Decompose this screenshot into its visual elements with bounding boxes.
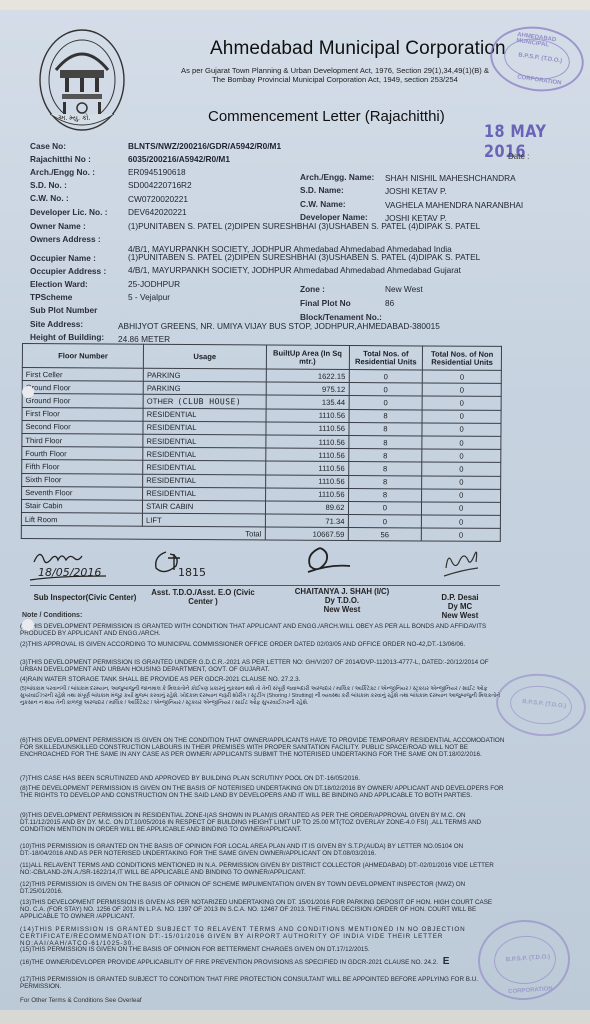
sub-inspector-label: Sub Inspector(Civic Center): [30, 593, 140, 602]
dy-tdo-block: CHAITANYA J. SHAH (I/C) Dy T.D.O. New We…: [272, 587, 412, 614]
area-cell: 975.12: [266, 382, 349, 396]
total-label: Total: [21, 526, 265, 541]
residential-units-cell: 0: [349, 383, 423, 397]
usage-cell: RESIDENTIAL: [143, 408, 265, 422]
corporation-seal-stamp-2: B.P.S.P. (T.D.O.): [493, 669, 589, 740]
note-13: (13)THIS DEVELOPMENT PERMISSION IS GIVEN…: [20, 899, 505, 921]
area-cell: 1110.56: [265, 448, 348, 462]
area-cell: 1110.56: [265, 435, 348, 449]
floor-area-table: Floor Number Usage BuiltUp Area (In Sq m…: [21, 343, 502, 542]
floor-cell: First Celler: [22, 368, 143, 382]
date-label: Date :: [508, 152, 529, 161]
usage-cell: PARKING: [143, 368, 265, 382]
floor-cell: Fifth Floor: [22, 460, 143, 474]
sub-inspector-signature: 18/05/2016: [26, 546, 121, 584]
table-header-row: Floor Number Usage BuiltUp Area (In Sq m…: [22, 344, 501, 371]
occupier-address: 4/B/1, MAYURPANKH SOCIETY, JODHPUR Ahmed…: [128, 265, 461, 275]
usage-cell: OTHER(CLUB HOUSE): [143, 395, 265, 409]
document-page: અ. મ્યુ. કો. Ahmedabad Municipal Corpora…: [0, 0, 590, 1024]
note-2: (2)THIS APPROVAL IS GIVEN ACCORDING TO M…: [20, 641, 505, 648]
notes-title: Note / Conditions:: [22, 612, 82, 619]
usage-cell: RESIDENTIAL: [143, 474, 265, 488]
usage-cell: RESIDENTIAL: [143, 461, 265, 475]
note-6: (6)THIS DEVELOPMENT PERMISSION IS GIVEN …: [20, 737, 505, 759]
usage-cell: RESIDENTIAL: [143, 447, 265, 461]
note-8: (8)THE DEVELOPMENT PERMISSION IS GIVEN O…: [20, 785, 505, 799]
non-residential-units-cell: 0: [423, 383, 502, 397]
note-15: (15)THIS PERMISSION IS GIVEN ON THE BASI…: [20, 946, 505, 953]
area-cell: 1110.56: [266, 409, 349, 423]
letter-title: Commencement Letter (Rajachitthi): [208, 108, 445, 125]
floor-cell: Seventh Floor: [22, 486, 143, 500]
floor-cell: Third Floor: [22, 433, 143, 447]
usage-cell: LIFT: [143, 513, 265, 527]
zone: New West: [385, 284, 423, 294]
hole-punch-mark-2: [22, 619, 34, 631]
residential-units-cell: 0: [348, 515, 422, 529]
residential-units-cell: 8: [348, 435, 422, 449]
height-of-building: 24.86 METER: [118, 334, 170, 344]
final-plot-no: 86: [385, 298, 394, 308]
usage-cell: RESIDENTIAL: [143, 421, 265, 435]
note-14: (14)THIS PERMISSION IS GRANTED SUBJECT T…: [20, 926, 505, 948]
non-residential-units-cell: 0: [422, 515, 501, 529]
note-16: (16)THE OWNER/DEVLOPER PROVIDE APPLICABI…: [20, 958, 505, 966]
hole-punch-mark: [22, 386, 34, 398]
sd-no: SD004220716R2: [128, 180, 192, 190]
occupier-name: (1)PUNITABEN S. PATEL (2)DIPEN SURESHBHA…: [128, 252, 480, 262]
col-builtup-area: BuiltUp Area (In Sq mtr.): [266, 345, 349, 370]
non-residential-units-cell: 0: [422, 423, 501, 437]
svg-text:1815: 1815: [178, 566, 206, 579]
note-12: (12)THIS PERMISSION IS GIVEN ON THE BASI…: [20, 881, 505, 895]
residential-units-cell: 8: [349, 409, 423, 423]
note-7: (7)THIS CASE HAS BEEN SCRUTINIZED AND AP…: [20, 775, 505, 782]
area-cell: 71.34: [265, 514, 348, 528]
developer-lic-no: DEV642020221: [128, 207, 187, 217]
note-9: (9)THIS DEVELOPMENT PERMISSION IN RESIDE…: [20, 812, 505, 834]
emblem-caption: અ. મ્યુ. કો.: [58, 115, 91, 123]
area-cell: 135.44: [266, 395, 349, 409]
note-1: (1)THIS DEVELOPMENT PERMISSION IS GRANTE…: [20, 623, 505, 637]
non-residential-units-cell: 0: [422, 462, 501, 476]
non-residential-units-cell: 0: [422, 449, 501, 463]
floor-cell: Lift Room: [21, 513, 142, 527]
site-address: ABHIJYOT GREENS, NR. UMIYA VIJAY BUS STO…: [118, 321, 440, 331]
usage-cell: RESIDENTIAL: [143, 434, 265, 448]
scan-edge-top: [0, 0, 590, 10]
organization-name: Ahmedabad Municipal Corporation: [210, 38, 506, 60]
residential-units-cell: 8: [348, 488, 422, 502]
note-4: (4)RAIN WATER STORAGE TANK SHALL BE PROV…: [20, 676, 505, 683]
arch-engg-name: SHAH NISHIL MAHESHCHANDRA: [385, 173, 516, 183]
overleaf-note: For Other Terms & Conditions See Overlea…: [20, 997, 142, 1004]
non-residential-units-cell: 0: [422, 502, 501, 516]
table-total-row: Total 10667.59 56 0: [21, 526, 500, 542]
residential-units-cell: 8: [348, 462, 422, 476]
floor-cell: Ground Floor: [22, 381, 143, 395]
dymc-block: D.P. Desai Dy MC New West: [410, 593, 510, 620]
area-cell: 1110.56: [265, 488, 348, 502]
residential-units-cell: 0: [348, 501, 422, 515]
note-10: (10)THIS PERMISSION IS GRANTED ON THE BA…: [20, 843, 505, 857]
rajachitthi-no: 6035/200216/A5942/R0/M1: [128, 154, 230, 164]
non-residential-units-cell: 0: [422, 410, 501, 424]
non-residential-units-cell: 0: [423, 370, 502, 384]
floor-cell: Sixth Floor: [22, 473, 143, 487]
area-cell: 89.62: [265, 501, 348, 515]
asst-tdo-signature: 1815: [150, 546, 220, 580]
non-residential-units-cell: 0: [422, 436, 501, 450]
col-usage: Usage: [144, 344, 267, 369]
cw-name: VAGHELA MAHENDRA NARANBHAI: [385, 200, 523, 210]
residential-units-cell: 0: [349, 369, 423, 383]
non-residential-units-cell: 0: [422, 396, 501, 410]
non-residential-units-cell: 0: [422, 475, 501, 489]
floor-cell: Fourth Floor: [22, 447, 143, 461]
residential-units-cell: 8: [348, 422, 422, 436]
dymc-signature: [438, 542, 498, 582]
floor-cell: Stair Cabin: [21, 499, 142, 513]
note-5-gujarati: (5)બાંધકામ પરવાનગી / બાંધકામ દરમ્યાન, આજ…: [20, 686, 505, 707]
note-11: (11)ALL RELAVENT TERMS AND CONDITIONS ME…: [20, 862, 505, 876]
usage-cell: STAIR CABIN: [143, 500, 265, 514]
total-area: 10667.59: [265, 527, 348, 541]
floor-cell: Ground Floor: [22, 394, 143, 408]
residential-units-cell: 0: [349, 396, 423, 410]
col-floor-number: Floor Number: [22, 344, 143, 369]
handwritten-usage-note: (CLUB HOUSE): [177, 397, 241, 406]
note-3: (3)THIS DEVELOPMENT PERMISSION IS GRANTE…: [20, 659, 505, 673]
area-cell: 1110.56: [265, 461, 348, 475]
signature-divider: [30, 585, 500, 586]
floor-cell: First Floor: [22, 407, 143, 421]
area-cell: 1110.56: [265, 474, 348, 488]
arch-engg-no: ER0945190618: [128, 167, 186, 177]
act-reference-1: As per Gujarat Town Planning & Urban Dev…: [145, 66, 525, 75]
area-cell: 1622.15: [266, 369, 349, 383]
usage-cell: RESIDENTIAL: [143, 487, 265, 501]
floor-cell: Second Floor: [22, 420, 143, 434]
handwritten-mark: E: [443, 956, 450, 967]
svg-text:18/05/2016: 18/05/2016: [38, 566, 101, 579]
owner-name: (1)PUNITABEN S. PATEL (2)DIPEN SURESHBHA…: [128, 221, 480, 231]
asst-tdo-label: Asst. T.D.O./Asst. E.O (Civic Center ): [148, 588, 258, 606]
scan-edge-bottom: [0, 1010, 590, 1024]
col-non-residential-units: Total Nos. of Non Residential Units: [423, 346, 502, 370]
total-non-residential: 0: [422, 528, 501, 542]
non-residential-units-cell: 0: [422, 489, 501, 503]
act-reference-2: The Bombay Provincial Municipal Corporat…: [145, 75, 525, 84]
area-cell: 1110.56: [265, 422, 348, 436]
col-residential-units: Total Nos. of Residential Units: [349, 345, 423, 369]
cw-no: CW0720020221: [128, 194, 188, 204]
dy-tdo-signature: [300, 540, 360, 580]
corporation-seal-stamp: AHMEDABAD MUNICIPAL B.P.S.P. (T.D.O.) CO…: [486, 21, 588, 97]
case-no: BLNTS/NWZ/200216/GDR/A5942/R0/M1: [128, 141, 281, 151]
tp-scheme: 5 - Vejalpur: [128, 292, 170, 302]
residential-units-cell: 8: [348, 449, 422, 463]
sd-name: JOSHI KETAV P.: [385, 186, 447, 196]
election-ward: 25-JODHPUR: [128, 279, 180, 289]
residential-units-cell: 8: [348, 475, 422, 489]
usage-cell: PARKING: [143, 381, 265, 395]
note-17: (17)THIS PERMISSION IS GRANTED SUBJECT T…: [20, 976, 505, 990]
